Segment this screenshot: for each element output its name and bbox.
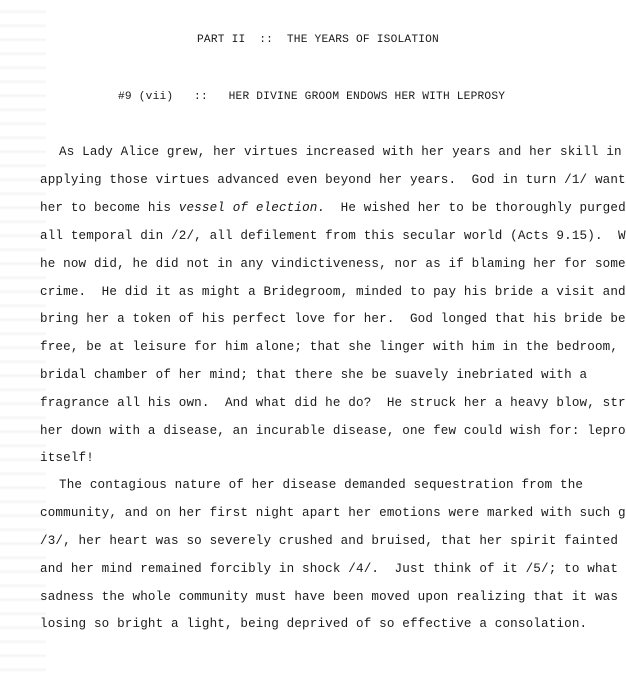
paragraph-1-line-7: bring her a token of his perfect love fo… <box>40 312 626 326</box>
paragraph-2-line-6: losing so bright a light, being deprived… <box>40 617 587 631</box>
paragraph-2-line-3: /3/, her heart was so severely crushed a… <box>40 534 626 548</box>
emphasized-phrase: vessel of election. <box>179 201 325 215</box>
paragraph-1-line-4: all temporal din /2/, all defilement fro… <box>40 229 626 243</box>
paragraph-1-line-10: fragrance all his own. And what did he d… <box>40 396 626 410</box>
paragraph-1-line-9: bridal chamber of her mind; that there s… <box>40 368 587 382</box>
paragraph-1-line-6: crime. He did it as might a Bridegroom, … <box>40 285 626 299</box>
paragraph-1-line-1: As Lady Alice grew, her virtues increase… <box>59 145 622 159</box>
paragraph-1-line-12: itself! <box>40 451 94 465</box>
paragraph-1-line-2: applying those virtues advanced even bey… <box>40 173 626 187</box>
text-run: her to become his <box>40 201 179 215</box>
paragraph-2-line-1: The contagious nature of her disease dem… <box>59 478 583 492</box>
paragraph-2-line-4: and her mind remained forcibly in shock … <box>40 562 618 576</box>
paragraph-1-line-5: he now did, he did not in any vindictive… <box>40 257 626 271</box>
chapter-heading: #9 (vii) :: HER DIVINE GROOM ENDOWS HER … <box>118 91 505 103</box>
paragraph-1-line-8: free, be at leisure for him alone; that … <box>40 340 626 354</box>
paragraph-2-line-2: community, and on her first night apart … <box>40 506 626 520</box>
paragraph-2-line-5: sadness the whole community must have be… <box>40 590 618 604</box>
paragraph-1-line-3: her to become his vessel of election. He… <box>40 201 626 215</box>
text-run: He wished her to be thoroughly purged of <box>325 201 626 215</box>
part-heading: PART II :: THE YEARS OF ISOLATION <box>197 34 439 46</box>
paragraph-1-line-11: her down with a disease, an incurable di… <box>40 424 626 438</box>
